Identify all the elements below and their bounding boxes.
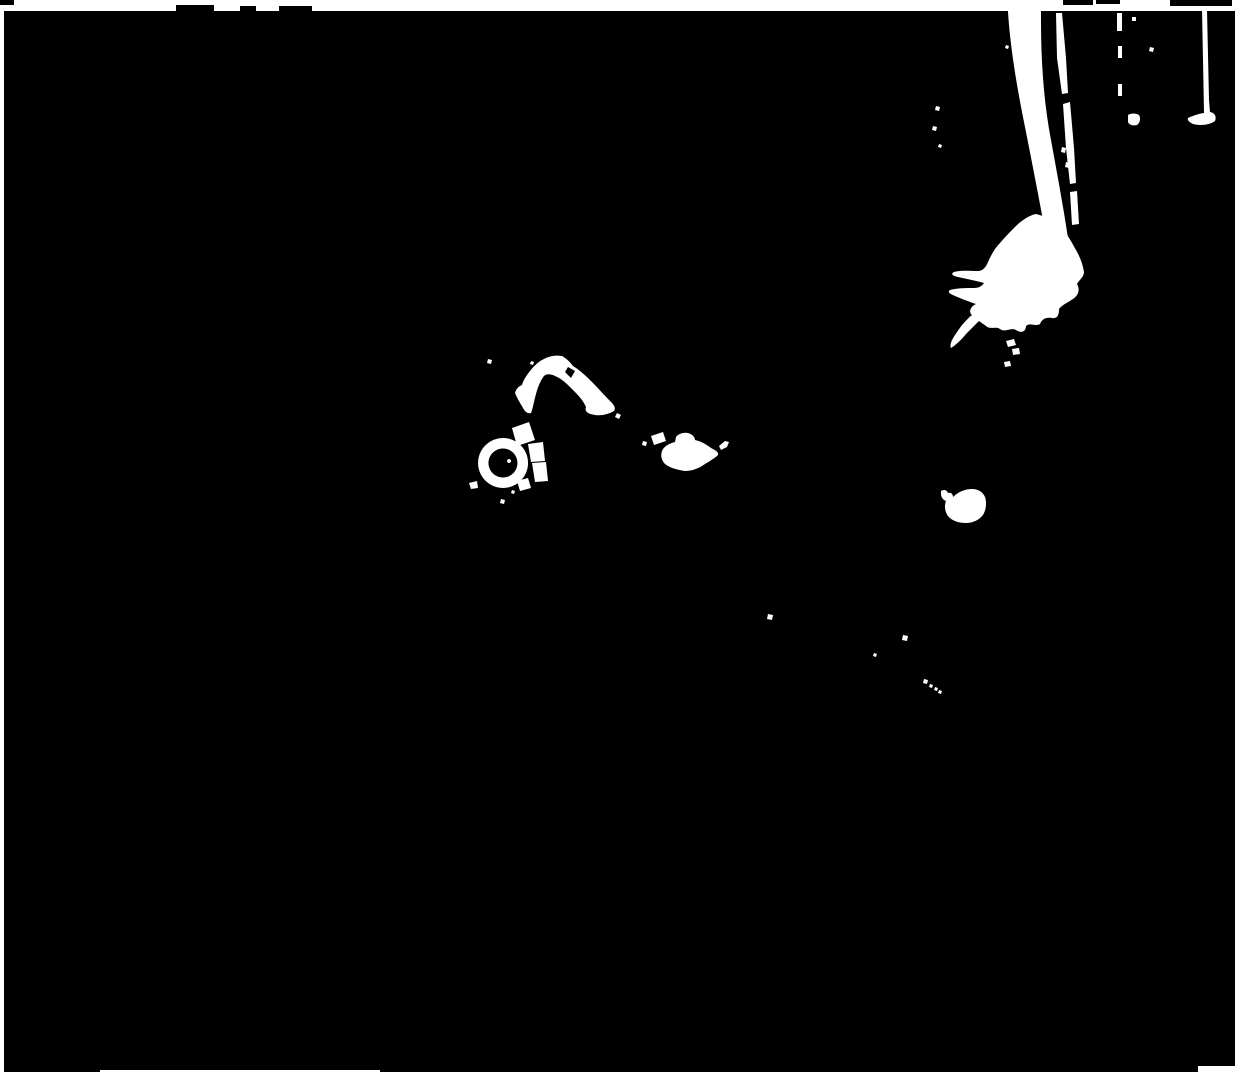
frame-top-bump-2 — [240, 6, 256, 12]
speck-a — [767, 614, 773, 620]
pot-strip-upper — [528, 442, 545, 462]
splash-drip-3 — [1004, 361, 1011, 367]
dashed-line-seg-1 — [1117, 13, 1122, 31]
speck-b — [902, 635, 908, 641]
top-dot-1 — [1132, 17, 1136, 21]
frame-bottom-step-right — [1198, 1066, 1240, 1080]
dashed-line-seg-2 — [1118, 46, 1122, 58]
dashed-line-seg-3 — [1118, 84, 1122, 96]
frame-top-bump-1 — [176, 5, 214, 12]
binary-image — [0, 0, 1240, 1080]
binary-mask-svg — [0, 0, 1240, 1080]
ring-inner-dot — [507, 459, 511, 463]
frame-top-bump-4 — [1063, 0, 1093, 5]
frame-top-bump-6 — [1170, 0, 1232, 6]
splash-drip-2 — [1012, 348, 1020, 355]
frame-top-bump-3 — [279, 6, 312, 12]
frame-top-bump-5 — [1096, 0, 1120, 4]
small-blob-right — [1128, 114, 1140, 126]
frame-corner-notch-tl — [0, 0, 14, 5]
frame-bottom-wave — [100, 1070, 380, 1080]
